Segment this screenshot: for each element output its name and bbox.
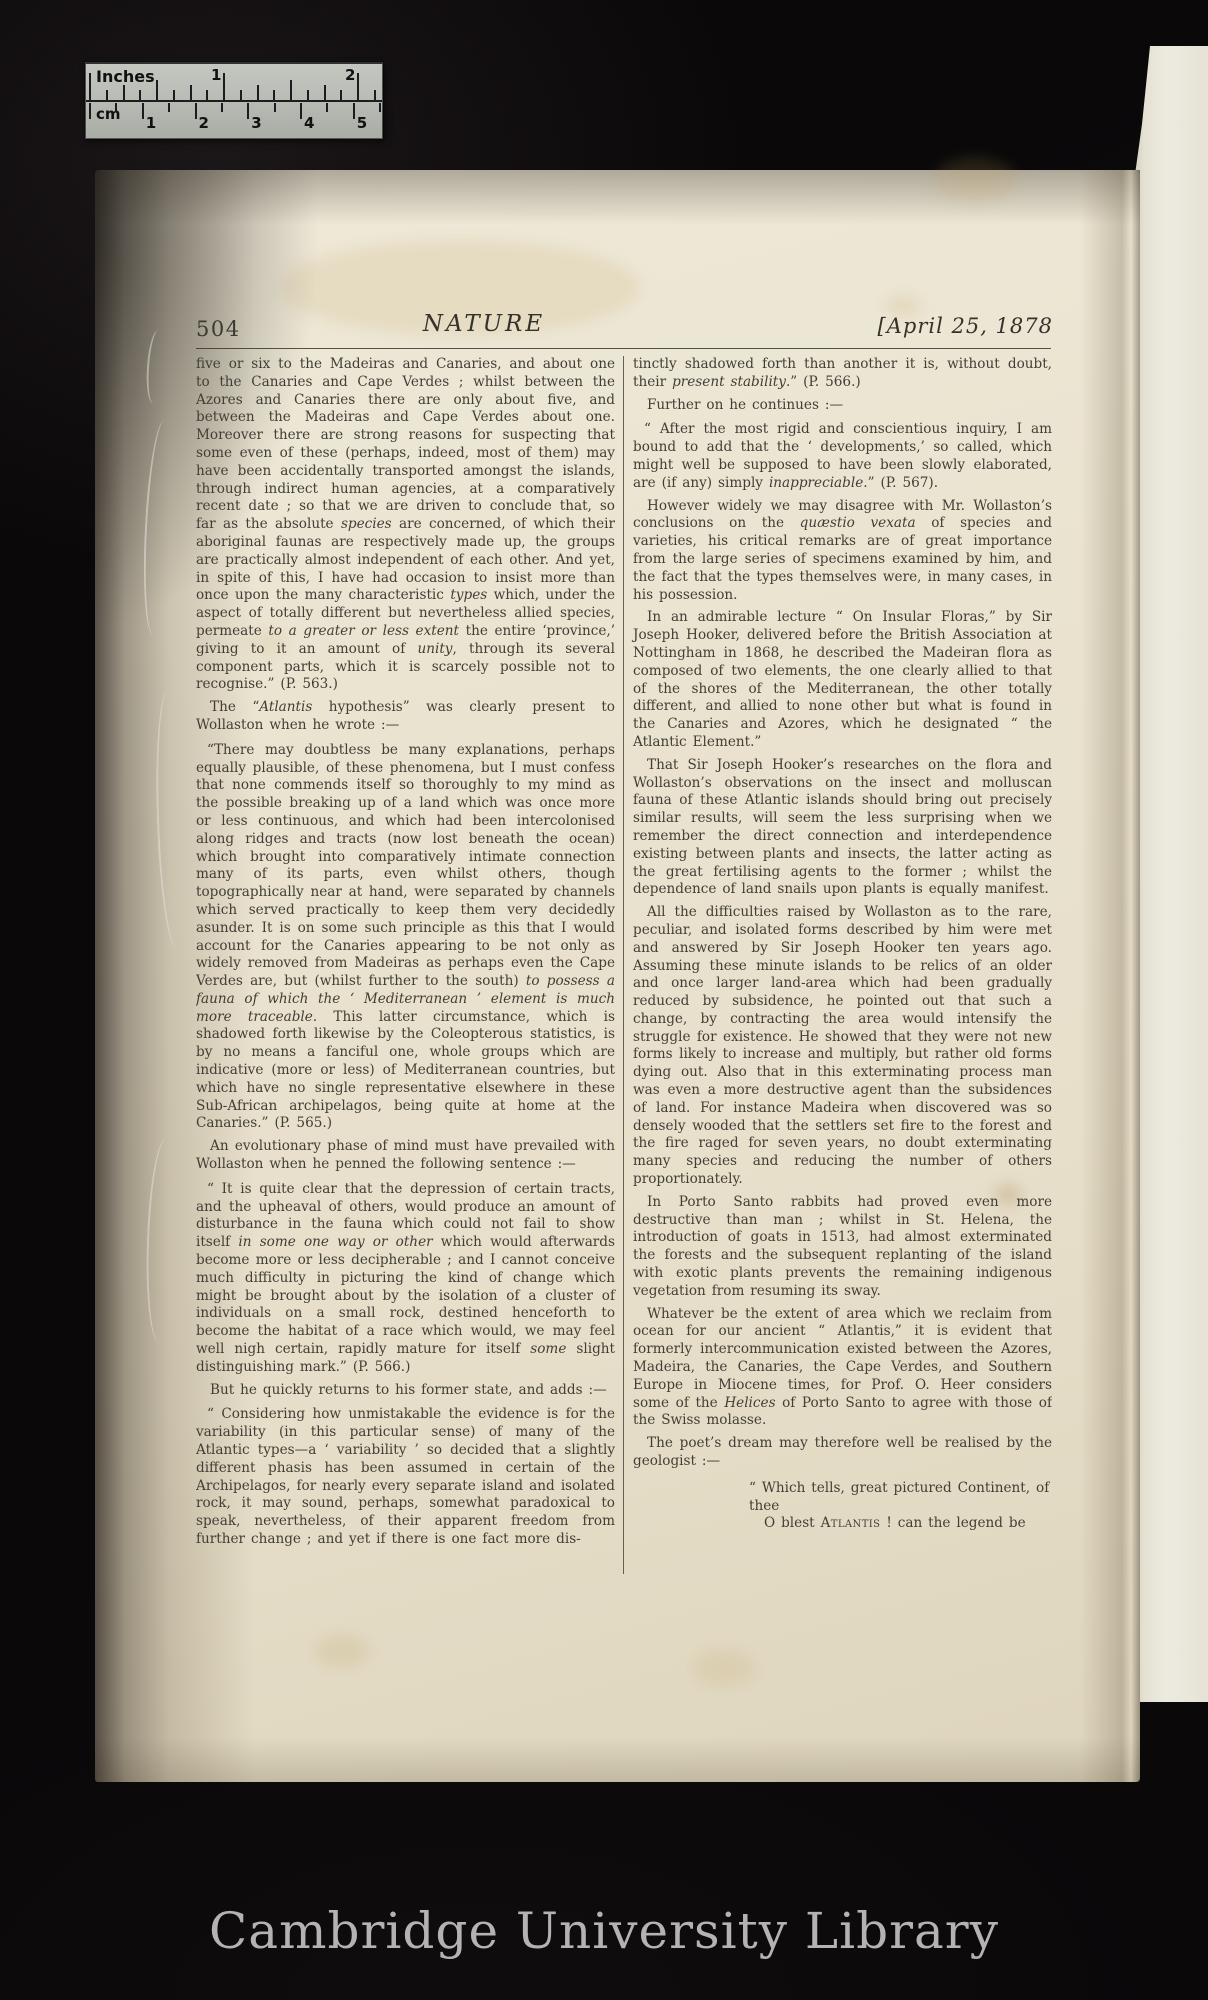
paragraph: All the difficulties raised by Wollaston… <box>633 904 1052 1189</box>
ruler-cm-number: 4 <box>304 114 314 132</box>
paragraph: In Porto Santo rabbits had proved even m… <box>633 1194 1052 1301</box>
ruler-midline <box>86 100 382 102</box>
paragraph: An evolutionary phase of mind must have … <box>196 1138 615 1174</box>
ruler-cm-number: 2 <box>199 114 209 132</box>
paragraph: That Sir Joseph Hooker’s researches on t… <box>633 757 1052 899</box>
paragraph: “ It is quite clear that the depression … <box>196 1181 615 1377</box>
paragraph: five or six to the Madeiras and Canaries… <box>196 356 615 694</box>
ruler-inch-number: 1 <box>211 66 221 84</box>
paragraph: Whatever be the extent of area which we … <box>633 1306 1052 1431</box>
paragraph: The “Atlantis hypothesis” was clearly pr… <box>196 699 615 735</box>
issue-date: [April 25, 1878 <box>878 314 1053 338</box>
pencil-mark <box>144 329 167 404</box>
paragraph: Further on he continues :— <box>633 397 1052 415</box>
journal-title: NATURE <box>374 311 594 337</box>
ruler-cm-number: 1 <box>146 114 156 132</box>
page-scan: 504 NATURE [April 25, 1878 five or six t… <box>95 170 1140 1782</box>
page-curl-shadow <box>1080 170 1140 1782</box>
next-page-edge <box>1132 46 1208 1702</box>
ruler-inches-label: Inches <box>96 67 155 86</box>
paragraph: “There may doubtless be many explanation… <box>196 742 615 1134</box>
paragraph: tinctly shadowed forth than another it i… <box>633 356 1052 392</box>
column-divider <box>623 356 624 1574</box>
pencil-mark <box>143 1138 182 1344</box>
ruler: Inches cm 1212345 <box>85 62 383 139</box>
column-left: five or six to the Madeiras and Canaries… <box>196 356 615 1549</box>
paragraph: “ Which tells, great pictured Continent,… <box>749 1480 1052 1516</box>
stain <box>315 1635 369 1667</box>
column-right: tinctly shadowed forth than another it i… <box>633 356 1052 1533</box>
page-number: 504 <box>196 317 241 341</box>
ruler-inch-number: 2 <box>345 66 355 84</box>
library-watermark: Cambridge University Library <box>0 1902 1208 1960</box>
paragraph: The poet’s dream may therefore well be r… <box>633 1435 1052 1471</box>
stain <box>693 1650 755 1686</box>
ruler-cm-number: 3 <box>251 114 261 132</box>
ruler-cm-number: 5 <box>357 114 367 132</box>
paragraph: In an admirable lecture “ On Insular Flo… <box>633 609 1052 751</box>
paragraph: “ After the most rigid and conscientious… <box>633 421 1052 492</box>
paragraph: But he quickly returns to his former sta… <box>196 1382 615 1400</box>
pencil-mark <box>152 690 193 951</box>
header-rule <box>196 348 1051 349</box>
paragraph: However widely we may disagree with Mr. … <box>633 498 1052 605</box>
pencil-mark <box>139 419 178 635</box>
article-text-block: five or six to the Madeiras and Canaries… <box>196 356 1052 1578</box>
paragraph: O blest Atlantis ! can the legend be <box>764 1515 1052 1533</box>
paragraph: “ Considering how unmistakable the evide… <box>196 1406 615 1548</box>
